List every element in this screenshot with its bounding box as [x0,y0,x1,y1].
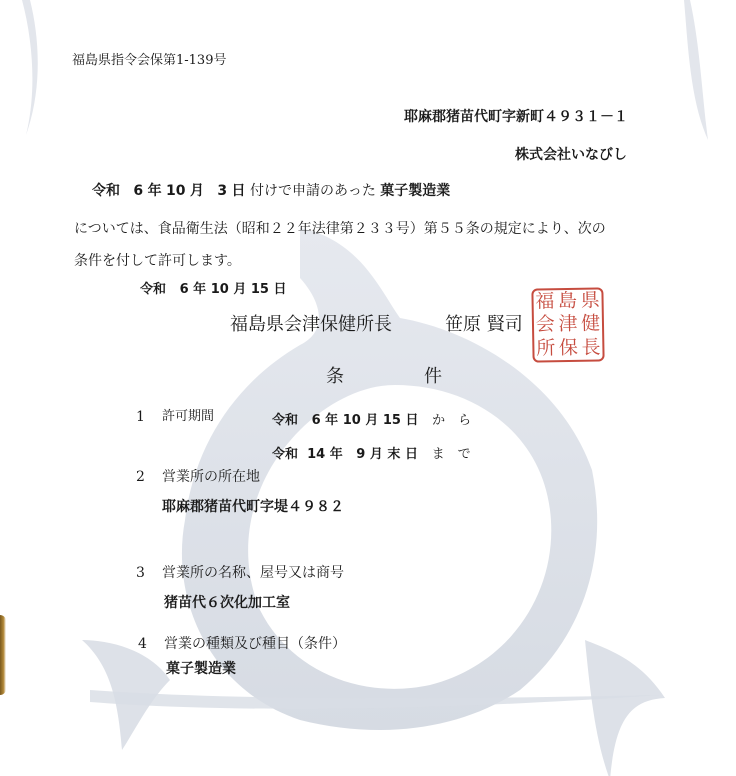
permit-period-to: 令和 14 年 9 月 末 日 ま で [272,448,471,461]
business-type-value: 菓子製造業 [166,662,236,676]
conditions-heading-2: 件 [424,368,442,386]
seal-char: 所 [534,337,557,361]
issue-era: 令和 [140,282,166,297]
application-month: 10 [166,183,185,199]
to-year-unit: 年 [330,447,343,462]
issuer-name: 笹原 賢司 [445,316,523,334]
official-seal: 福 島 県 会 津 健 所 保 長 [531,287,604,362]
issue-date: 令和 6 年 10 月 15 日 [140,283,287,296]
from-day: 15 [383,413,401,428]
issuer-title: 福島県会津保健所長 [230,316,392,334]
condition-number: 2 [136,470,145,484]
document-number: 福島県指令会保第1-139号 [72,54,226,67]
seal-char: 津 [556,313,579,337]
from-year-unit: 年 [325,413,338,428]
seal-char: 健 [579,313,602,337]
seal-char: 会 [534,314,557,338]
recipient-address: 耶麻郡猪苗代町字新町４９３１－１ [404,110,628,124]
application-year-unit: 年 [148,183,162,199]
from-month-unit: 月 [365,413,378,428]
recipient-company: 株式会社いなびし [515,148,627,162]
permit-period-from: 令和 6 年 10 月 15 日 か ら [272,414,471,427]
issue-month: 10 [211,282,229,297]
seal-char: 福 [533,290,556,314]
condition-number: 3 [136,566,145,580]
seal-char: 県 [579,289,602,313]
applied-business-type: 菓子製造業 [380,183,450,199]
conditions-heading-1: 条 [326,368,344,386]
from-era: 令和 [272,413,298,428]
issue-year-unit: 年 [193,282,206,297]
to-suffix: ま で [432,447,471,462]
condition-label: 営業所の名称、屋号又は商号 [162,566,344,580]
from-day-unit: 日 [406,413,419,428]
to-day: 末 [387,447,400,462]
from-year: 6 [312,413,321,428]
application-line: 令和 6 年 10 月 3 日 付けで申請のあった 菓子製造業 [92,184,450,198]
issue-month-unit: 月 [233,282,246,297]
application-year: 6 [133,183,143,199]
to-month: 9 [356,447,365,462]
condition-label: 営業所の所在地 [162,470,260,484]
from-suffix: か ら [432,413,471,428]
seal-char: 島 [556,290,579,314]
permission-text: 条件を付して許可します。 [74,254,241,268]
to-month-unit: 月 [370,447,383,462]
issue-year: 6 [180,282,189,297]
application-day: 3 [217,183,227,199]
issue-day: 15 [251,282,269,297]
seal-char: 保 [557,336,580,360]
condition-number: 4 [138,637,147,651]
application-suffix: 付けで申請のあった [250,183,376,199]
application-month-unit: 月 [190,183,204,199]
condition-label: 営業の種類及び種目（条件） [164,637,346,651]
from-month: 10 [343,413,361,428]
application-era: 令和 [92,183,120,199]
issue-day-unit: 日 [274,282,287,297]
to-era: 令和 [272,447,298,462]
to-day-unit: 日 [405,447,418,462]
business-name-value: 猪苗代６次化加工室 [164,596,290,610]
condition-label: 許可期間 [162,410,214,423]
scan-edge-background [0,615,6,695]
to-year: 14 [307,447,325,462]
application-day-unit: 日 [232,183,246,199]
seal-char: 長 [580,336,603,360]
condition-number: 1 [136,410,145,424]
business-location-value: 耶麻郡猪苗代町字堤４９８２ [162,500,344,514]
legal-basis-text: については、食品衛生法（昭和２２年法律第２３３号）第５５条の規定により、次の [74,222,606,236]
